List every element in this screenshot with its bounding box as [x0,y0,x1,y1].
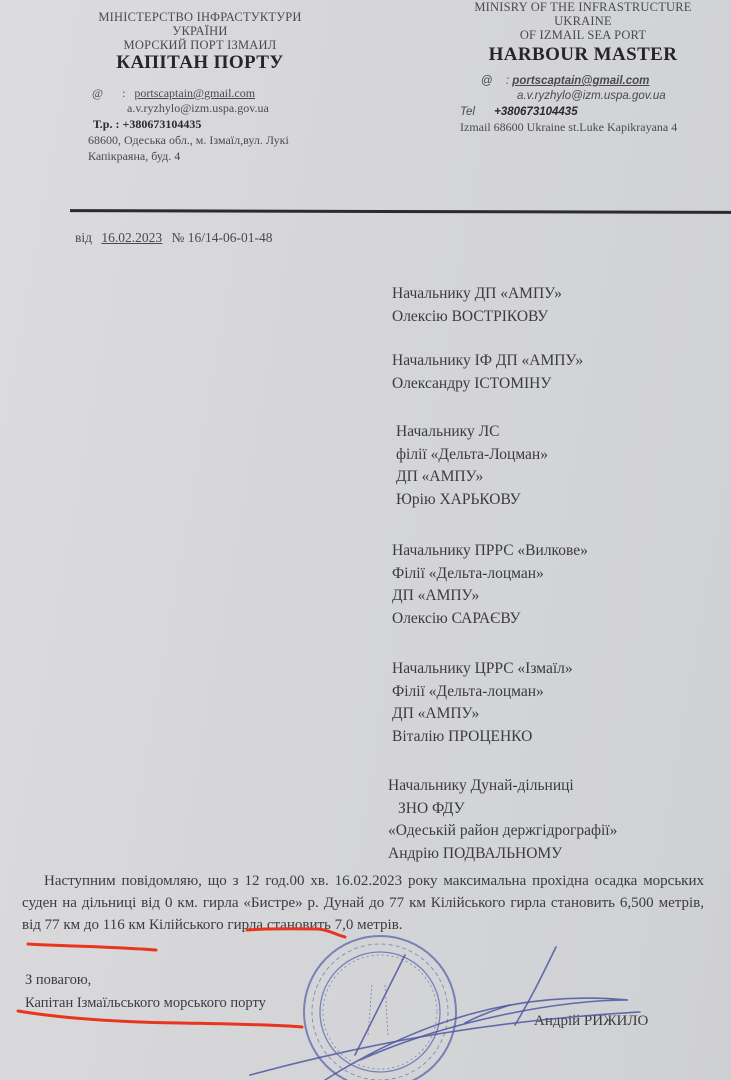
ref-prefix: від [75,230,92,245]
recipient-block: Начальнику ЦРРС «Ізмаїл» Філії «Дельта-л… [392,658,573,748]
at-icon: @ [481,75,493,87]
signer-name: Андрій РИЖИЛО [534,1013,648,1030]
country-en: UKRAINE [452,14,714,28]
recipient-block: Начальнику Дунай-дільниці ЗНО ФДУ «Одесь… [388,775,617,865]
email-row-en: @ : portscaptain@gmail.com [481,74,649,88]
recipient-block: Начальнику ДП «АМПУ» Олексію ВОСТРІКОВУ [392,283,562,328]
email2-en[interactable]: a.v.ryzhylo@izm.uspa.gov.ua [517,89,666,103]
highlighted-draft-2: становить 7,0 метрів [267,917,399,933]
reference-line: від 16.02.2023 № 16/14-06-01-48 [75,230,273,246]
letterhead-en: MINISRY OF THE INFRASTRUCTURE UKRAINE OF… [452,0,714,66]
ref-number-label: № [172,230,185,245]
port-name-en: OF IZMAIL SEA PORT [452,28,714,42]
closing-greeting: З повагою, [25,970,91,990]
phone-en: +380673104435 [494,106,577,118]
phone-ua: +380673104435 [122,117,201,131]
ministry-name-en: MINISRY OF THE INFRASTRUCTURE [452,0,714,14]
letterhead-ua: МІНІСТЕРСТВО ІНФРАСТУКТУРИ УКРАЇНИ МОРСК… [80,10,320,74]
email-link-ua[interactable]: portscaptain@gmail.com [134,86,255,100]
ref-date: 16.02.2023 [101,230,162,245]
letterhead-title-en: HARBOUR MASTER [452,44,714,66]
country-ua: УКРАЇНИ [80,24,320,38]
port-name-ua: МОРСКИЙ ПОРТ ІЗМАИЛ [80,38,320,52]
signer-position: Капітан Ізмаїльського морського порту [25,993,266,1013]
email2-ua[interactable]: a.v.ryzhylo@izm.uspa.gov.ua [127,101,269,115]
email-row-ua: @ : portscaptain@gmail.com [92,86,255,100]
ministry-name-ua: МІНІСТЕРСТВО ІНФРАСТУКТУРИ [80,10,320,24]
recipient-block: Начальнику ІФ ДП «АМПУ» Олександру ІСТОМ… [392,350,583,395]
ref-number: 16/14-06-01-48 [188,230,273,245]
recipient-block: Начальнику ЛС філії «Дельта-Лоцман» ДП «… [396,421,548,511]
phone-row-en: Tel +380673104435 [460,105,578,119]
official-stamp [304,936,456,1080]
email-link-en[interactable]: portscaptain@gmail.com [512,75,649,87]
letterhead-title-ua: КАПІТАН ПОРТУ [80,52,320,74]
highlighted-draft-1: 6,500 метрів [620,895,700,911]
recipient-block: Начальнику ПРРС «Вилкове» Філії «Дельта-… [392,540,588,630]
phone-label-ua: Т.р. : [93,117,119,131]
phone-label-en: Tel [460,106,475,118]
body-paragraph: Наступним повідомляю, що з 12 год.00 хв.… [22,870,704,936]
at-icon: @ [92,86,103,100]
address-en: Izmail 68600 Ukraine st.Luke Kapikrayana… [460,120,677,134]
phone-row-ua: Т.р. : +380673104435 [93,117,201,131]
letterhead-divider [70,209,731,214]
address-line1-ua: 68600, Одеська обл., м. Ізмаїл,вул. Лукі [88,133,289,147]
address-line2-ua: Капікраяна, буд. 4 [88,149,180,163]
